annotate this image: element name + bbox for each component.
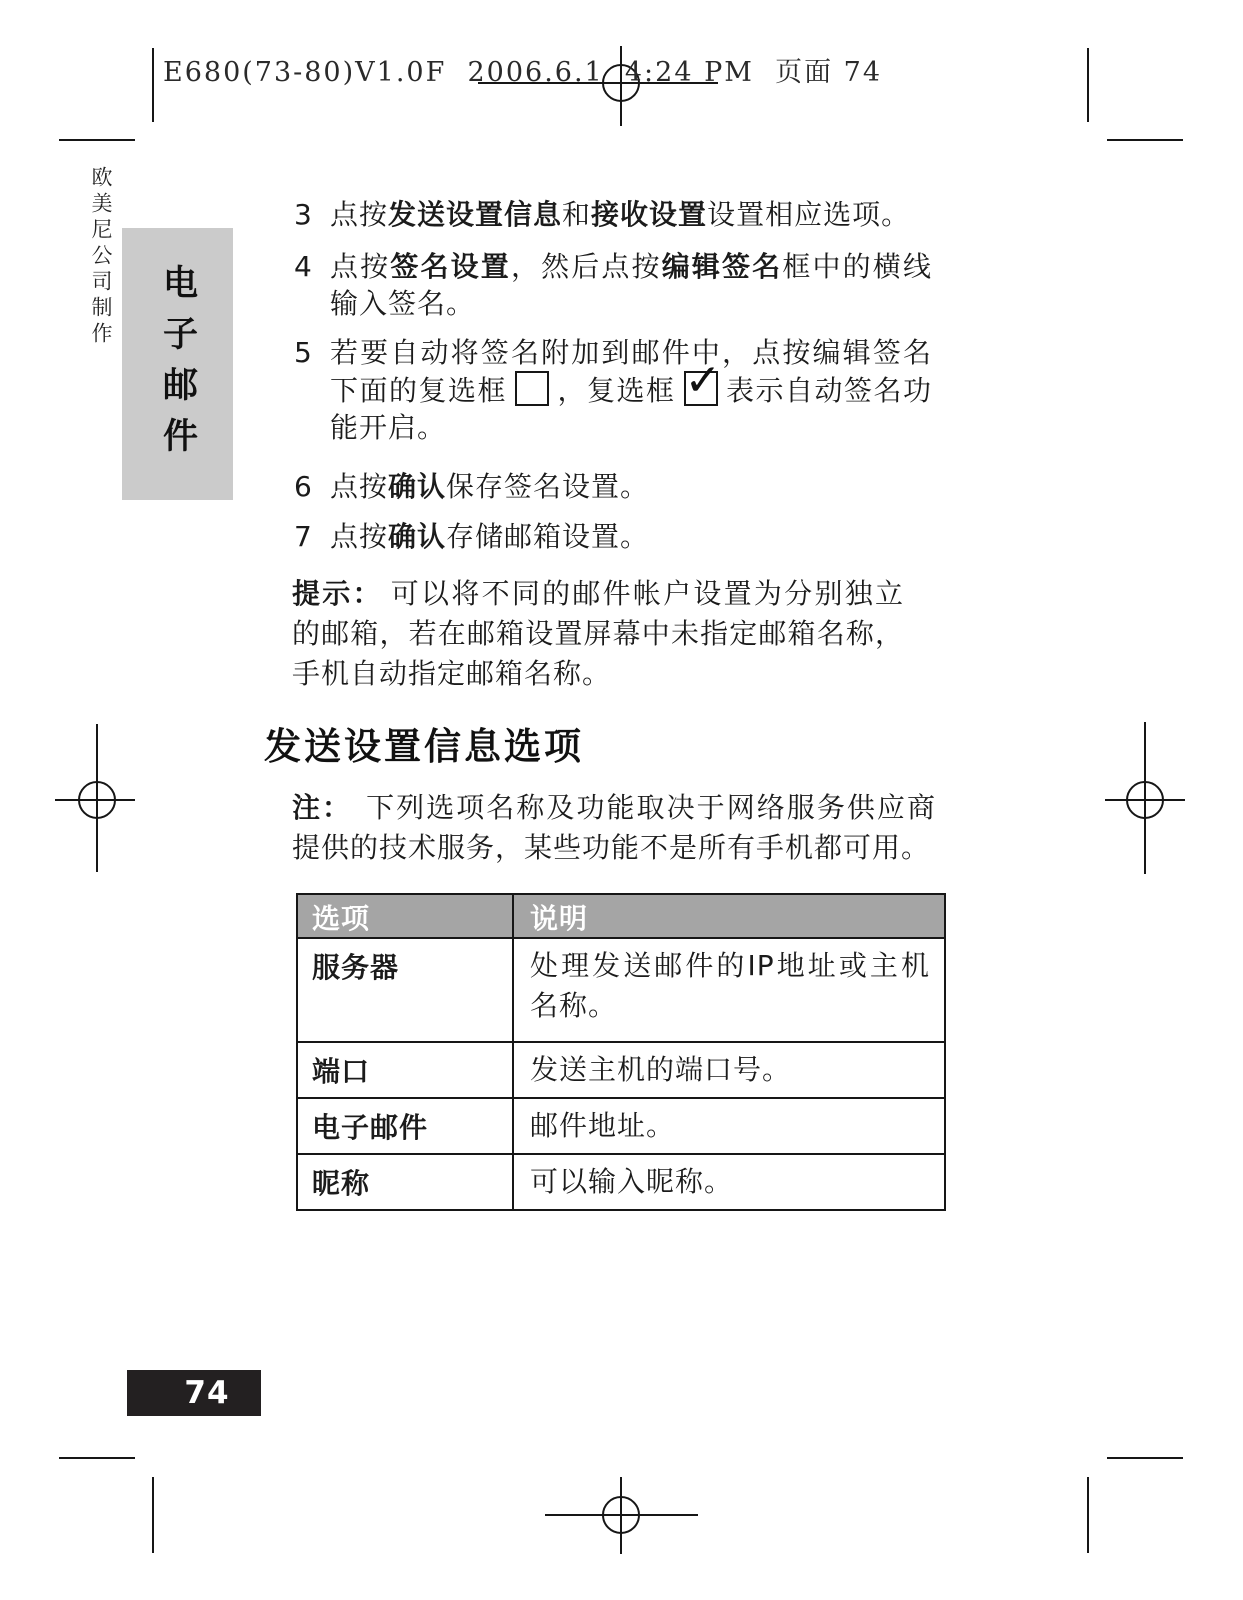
- description-cell: 可以输入昵称。: [513, 1154, 945, 1210]
- chapter-tab-label: 电子邮件: [153, 264, 203, 500]
- option-cell: 端口: [297, 1042, 513, 1098]
- step-text: 若要自动将签名附加到邮件中，点按编辑签名下面的复选框，复选框✓表示自动签名功能开…: [292, 334, 932, 446]
- tip-text: 可以将不同的邮件帐户设置为分别独立的邮箱，若在邮箱设置屏幕中未指定邮箱名称，手机…: [292, 577, 904, 690]
- page-number-box: 74: [127, 1370, 261, 1416]
- note-label: 注：: [292, 791, 352, 824]
- step-item-3: 3 点按发送设置信息和接收设置设置相应选项。: [292, 196, 932, 233]
- crop-mark-bottom-left-vertical: [152, 1477, 154, 1553]
- step-number: 4: [294, 248, 313, 285]
- step-text: 点按确认保存签名设置。: [292, 468, 932, 505]
- table-row: 电子邮件 邮件地址。: [297, 1098, 945, 1154]
- step-item-5: 5 若要自动将签名附加到邮件中，点按编辑签名下面的复选框，复选框✓表示自动签名功…: [292, 334, 932, 446]
- crop-mark-bottom-left-horizontal: [59, 1457, 135, 1459]
- registration-mark-bottom-circle-icon: [602, 1496, 640, 1534]
- crop-mark-top-left-horizontal: [59, 139, 135, 141]
- step-number: 7: [294, 518, 313, 555]
- send-settings-options-table: 选项 说明 服务器 处理发送邮件的IP地址或主机名称。 端口 发送主机的端口号。…: [296, 893, 946, 1211]
- column-header-option: 选项: [297, 894, 513, 938]
- step-text: 点按确认存储邮箱设置。: [292, 518, 932, 555]
- file-header: E680(73-80)V1.0F 2006.6.1 4:24 PM 页面 74: [163, 50, 882, 89]
- checkbox-unchecked-icon: [515, 371, 549, 406]
- table-row: 端口 发送主机的端口号。: [297, 1042, 945, 1098]
- description-cell: 邮件地址。: [513, 1098, 945, 1154]
- crop-mark-top-right-horizontal: [1107, 139, 1183, 141]
- chapter-tab: 电子邮件: [122, 228, 233, 500]
- column-header-description: 说明: [513, 894, 945, 938]
- section-heading: 发送设置信息选项: [264, 716, 584, 770]
- step-number: 6: [294, 468, 313, 505]
- step-item-6: 6 点按确认保存签名设置。: [292, 468, 932, 505]
- note-text: 下列选项名称及功能取决于网络服务供应商提供的技术服务，某些功能不是所有手机都可用…: [292, 791, 936, 864]
- table-header-row: 选项 说明: [297, 894, 945, 938]
- tip-paragraph: 提示：可以将不同的邮件帐户设置为分别独立的邮箱，若在邮箱设置屏幕中未指定邮箱名称…: [292, 574, 904, 694]
- option-cell: 电子邮件: [297, 1098, 513, 1154]
- table-row: 服务器 处理发送邮件的IP地址或主机名称。: [297, 938, 945, 1042]
- registration-mark-left-circle-icon: [78, 781, 116, 819]
- step-item-4: 4 点按签名设置，然后点按编辑签名框中的横线输入签名。: [292, 248, 932, 322]
- step-text: 点按发送设置信息和接收设置设置相应选项。: [292, 196, 932, 233]
- step-number: 5: [294, 334, 313, 371]
- step-item-7: 7 点按确认存储邮箱设置。: [292, 518, 932, 555]
- option-cell: 昵称: [297, 1154, 513, 1210]
- table-row: 昵称 可以输入昵称。: [297, 1154, 945, 1210]
- publisher-watermark: 欧美尼公司制作: [86, 166, 116, 348]
- crop-mark-bottom-right-vertical: [1087, 1477, 1089, 1553]
- description-cell: 处理发送邮件的IP地址或主机名称。: [513, 938, 945, 1042]
- step-text: 点按签名设置，然后点按编辑签名框中的横线输入签名。: [292, 248, 932, 322]
- crop-mark-bottom-right-horizontal: [1107, 1457, 1183, 1459]
- registration-mark-right-circle-icon: [1126, 781, 1164, 819]
- tip-label: 提示：: [292, 577, 383, 610]
- description-cell: 发送主机的端口号。: [513, 1042, 945, 1098]
- crop-mark-top-left-vertical: [152, 48, 154, 122]
- manual-page: E680(73-80)V1.0F 2006.6.1 4:24 PM 页面 74 …: [0, 0, 1243, 1600]
- step-number: 3: [294, 196, 313, 233]
- page-number: 74: [184, 1375, 229, 1411]
- check-icon: ✓: [685, 359, 722, 403]
- note-paragraph: 注：下列选项名称及功能取决于网络服务供应商提供的技术服务，某些功能不是所有手机都…: [292, 788, 936, 868]
- checkbox-checked-icon: ✓: [684, 371, 718, 406]
- crop-mark-top-right-vertical: [1087, 48, 1089, 122]
- option-cell: 服务器: [297, 938, 513, 1042]
